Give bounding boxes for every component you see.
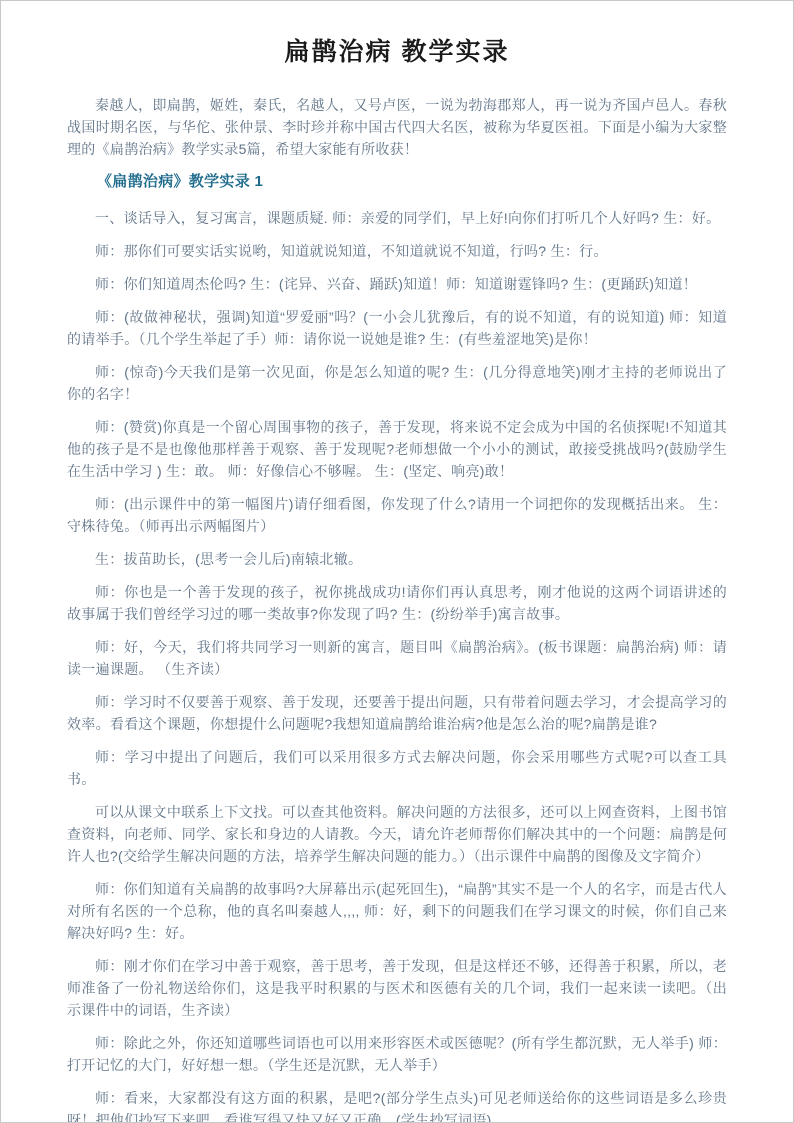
- transcript-paragraph: 师：(出示课件中的第一幅图片)请仔细看图，你发现了什么?请用一个词把你的发现概括…: [67, 493, 727, 537]
- section-heading: 《扁鹊治病》教学实录 1: [67, 171, 727, 193]
- intro-paragraph: 秦越人，即扁鹊，姬姓，秦氏，名越人，又号卢医，一说为勃海郡郑人，再一说为齐国卢邑…: [67, 94, 727, 160]
- transcript-paragraph: 师：除此之外，你还知道哪些词语也可以用来形容医术或医德呢？(所有学生都沉默，无人…: [67, 1032, 727, 1076]
- document-title: 扁鹊治病 教学实录: [67, 37, 727, 67]
- transcript-paragraph: 师：你们知道有关扁鹊的故事吗?大屏幕出示(起死回生)，“扁鹊”其实不是一个人的名…: [67, 878, 727, 944]
- transcript-paragraph: 师：(赞赏)你真是一个留心周围事物的孩子，善于发现，将来说不定会成为中国的名侦探…: [67, 416, 727, 482]
- transcript-paragraph: 师：那你们可要实话实说哟，知道就说知道，不知道就说不知道，行吗? 生：行。: [67, 240, 727, 262]
- transcript-paragraph: 可以从课文中联系上下文找。可以查其他资料。解决问题的方法很多，还可以上网查资料，…: [67, 801, 727, 867]
- transcript-paragraph: 一、谈话导入，复习寓言，课题质疑. 师：亲爱的同学们，早上好!向你们打听几个人好…: [67, 207, 727, 229]
- document-page: 扁鹊治病 教学实录 秦越人，即扁鹊，姬姓，秦氏，名越人，又号卢医，一说为勃海郡郑…: [0, 0, 794, 1123]
- transcript-body: 一、谈话导入，复习寓言，课题质疑. 师：亲爱的同学们，早上好!向你们打听几个人好…: [67, 207, 727, 1123]
- transcript-paragraph: 师：(故做神秘状，强调)知道“罗爱丽”吗？(一小会儿犹豫后，有的说不知道，有的说…: [67, 306, 727, 350]
- transcript-paragraph: 师：你们知道周杰伦吗? 生：(诧异、兴奋、踊跃)知道！师：知道谢霆锋吗? 生：(…: [67, 273, 727, 295]
- transcript-paragraph: 师：你也是一个善于发现的孩子，祝你挑战成功!请你们再认真思考，刚才他说的这两个词…: [67, 581, 727, 625]
- transcript-paragraph: 师：(惊奇)今天我们是第一次见面，你是怎么知道的呢? 生：(几分得意地笑)刚才主…: [67, 361, 727, 405]
- transcript-paragraph: 师：刚才你们在学习中善于观察，善于思考，善于发现，但是这样还不够，还得善于积累，…: [67, 955, 727, 1021]
- transcript-paragraph: 生：拔苗助长，(思考一会儿后)南辕北辙。: [67, 548, 727, 570]
- transcript-paragraph: 师：学习时不仅要善于观察、善于发现，还要善于提出问题，只有带着问题去学习，才会提…: [67, 691, 727, 735]
- transcript-paragraph: 师：看来，大家都没有这方面的积累，是吧?(部分学生点头)可见老师送给你的这些词语…: [67, 1087, 727, 1123]
- transcript-paragraph: 师：学习中提出了问题后，我们可以采用很多方式去解决问题，你会采用哪些方式呢?可以…: [67, 746, 727, 790]
- transcript-paragraph: 师：好，今天，我们将共同学习一则新的寓言，题目叫《扁鹊治病》。(板书课题：扁鹊治…: [67, 636, 727, 680]
